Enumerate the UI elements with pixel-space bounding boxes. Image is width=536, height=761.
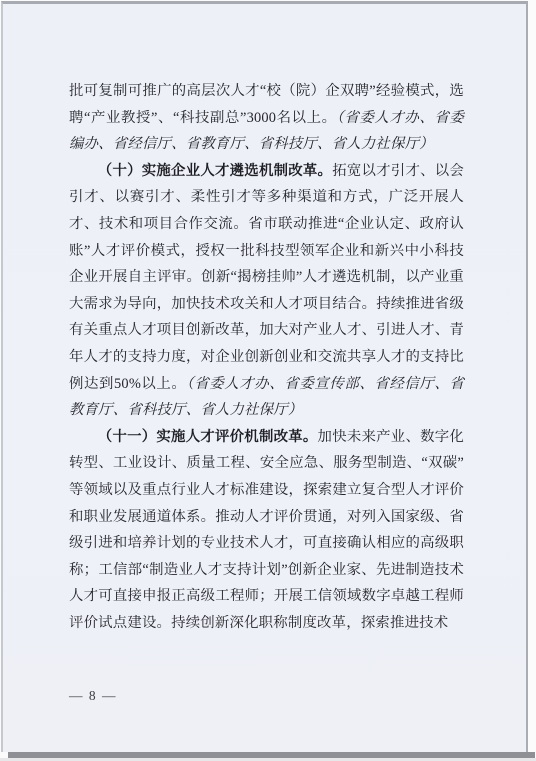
- section-heading-10: （十）实施企业人才遴选机制改革。: [98, 163, 332, 179]
- paragraph-item-10: （十）实施企业人才遴选机制改革。拓宽以才引才、以会引才、以赛引才、柔性引才等多种…: [69, 158, 464, 424]
- body-text: 拓宽以才引才、以会引才、以赛引才、柔性引才等多种渠道和方式，广泛开展人才、技术和…: [69, 163, 464, 392]
- page-number: — 8 —: [69, 688, 117, 704]
- paragraph-continuation: 批可复制可推广的高层次人才“校（院）企双聘”经验模式，选聘“产业教授”、“科技副…: [69, 78, 464, 158]
- scanned-page: 批可复制可推广的高层次人才“校（院）企双聘”经验模式，选聘“产业教授”、“科技副…: [1, 1, 528, 752]
- document-body: 批可复制可推广的高层次人才“校（院）企双聘”经验模式，选聘“产业教授”、“科技副…: [69, 78, 464, 636]
- section-heading-11: （十一）实施人才评价机制改革。: [98, 429, 318, 445]
- paragraph-item-11: （十一）实施人才评价机制改革。加快未来产业、数字化转型、工业设计、质量工程、安全…: [69, 424, 464, 637]
- body-text: 加快未来产业、数字化转型、工业设计、质量工程、安全应急、服务型制造、“双碳”等领…: [69, 429, 464, 631]
